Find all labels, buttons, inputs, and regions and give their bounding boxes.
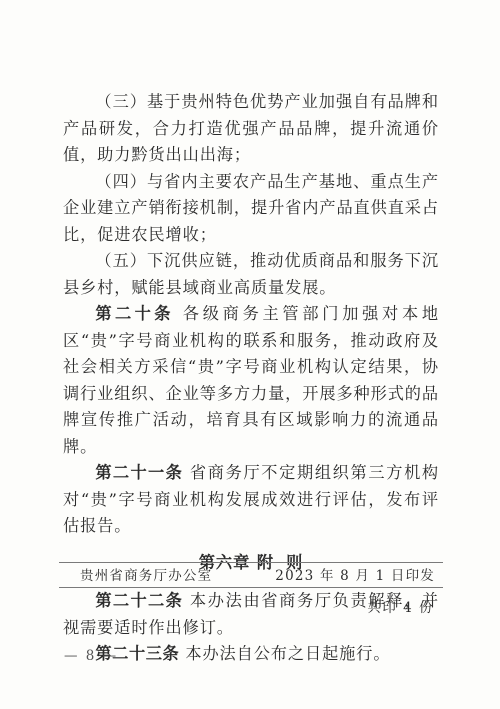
article-text: 各级商务主管部门加强对本地区“贵”字号商业机构的联系和服务，推动政府及社会相关方… [63, 304, 439, 456]
document-page: （三）基于贵州特色优势产业加强自有品牌和产品研发，合力打造优强产品品牌，提升流通… [0, 0, 500, 709]
issuer: 贵州省商务厅办公室 [80, 567, 212, 585]
footer-bottom-rule [59, 587, 443, 588]
paragraph-text: （四）与省内主要农产品生产基地、重点生产企业建立产销衔接机制，提升省内产品直供直… [63, 172, 439, 244]
article-label: 第二十二条 [95, 591, 183, 610]
paragraph-text: （三）基于贵州特色优势产业加强自有品牌和产品研发，合力打造优强产品品牌，提升流通… [63, 92, 439, 164]
article-label: 第二十一条 [95, 463, 183, 482]
page-number: — 8 — [64, 648, 118, 664]
article-text: 本办法自公布之日起施行。 [179, 644, 390, 663]
article-20: 第二十条 各级商务主管部门加强对本地区“贵”字号商业机构的联系和服务，推动政府及… [63, 301, 439, 460]
article-21: 第二十一条 省商务厅不定期组织第三方机构对“贵”字号商业机构发展成效进行评估，发… [63, 460, 439, 540]
paragraph-item-3: （三）基于贵州特色优势产业加强自有品牌和产品研发，合力打造优强产品品牌，提升流通… [63, 89, 439, 169]
copies-count: 共印 4 份 [367, 596, 434, 616]
issue-date: 2023 年 8 月 1 日印发 [275, 567, 435, 585]
footer-row: 贵州省商务厅办公室 2023 年 8 月 1 日印发 [80, 567, 435, 585]
article-label: 第二十条 [95, 304, 174, 323]
footer-top-rule [59, 562, 443, 563]
paragraph-item-4: （四）与省内主要农产品生产基地、重点生产企业建立产销衔接机制，提升省内产品直供直… [63, 169, 439, 249]
article-23: 第二十三条 本办法自公布之日起施行。 [63, 641, 439, 668]
paragraph-text: （五）下沉供应链，推动优质商品和服务下沉县乡村，赋能县域商业高质量发展。 [63, 251, 439, 297]
paragraph-item-5: （五）下沉供应链，推动优质商品和服务下沉县乡村，赋能县域商业高质量发展。 [63, 248, 439, 301]
